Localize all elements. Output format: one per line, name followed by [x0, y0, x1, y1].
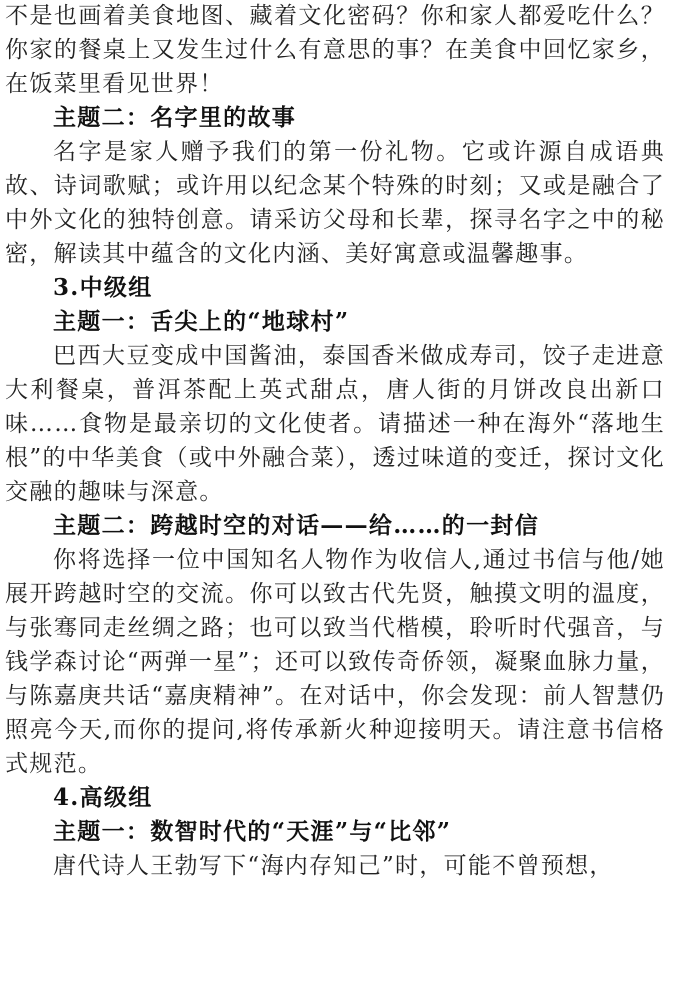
theme-body-names-story: 名字是家人赠予我们的第一份礼物。它或许源自成语典故、诗词歌赋；或许用以纪念某个特…	[5, 135, 665, 271]
group-heading-intermediate: 3.中级组	[5, 271, 665, 305]
group-heading-advanced: 4.高级组	[5, 781, 665, 815]
theme-body-global-village: 巴西大豆变成中国酱油，泰国香米做成寿司，饺子走进意大利餐桌，普洱茶配上英式甜点，…	[5, 339, 665, 509]
theme-heading-letter: 主题二：跨越时空的对话——给……的一封信	[5, 509, 665, 543]
theme-heading-digital-era: 主题一：数智时代的“天涯”与“比邻”	[5, 815, 665, 849]
theme-body-digital-era: 唐代诗人王勃写下“海内存知己”时，可能不曾预想，	[5, 849, 665, 883]
theme-body-letter: 你将选择一位中国知名人物作为收信人,通过书信与他/她展开跨越时空的交流。你可以致…	[5, 543, 665, 781]
theme-heading-names-story: 主题二：名字里的故事	[5, 101, 665, 135]
intro-continuation-paragraph: 不是也画着美食地图、藏着文化密码？你和家人都爱吃什么？你家的餐桌上又发生过什么有…	[5, 0, 665, 101]
theme-heading-global-village: 主题一：舌尖上的“地球村”	[5, 305, 665, 339]
document-page: 不是也画着美食地图、藏着文化密码？你和家人都爱吃什么？你家的餐桌上又发生过什么有…	[5, 0, 665, 883]
